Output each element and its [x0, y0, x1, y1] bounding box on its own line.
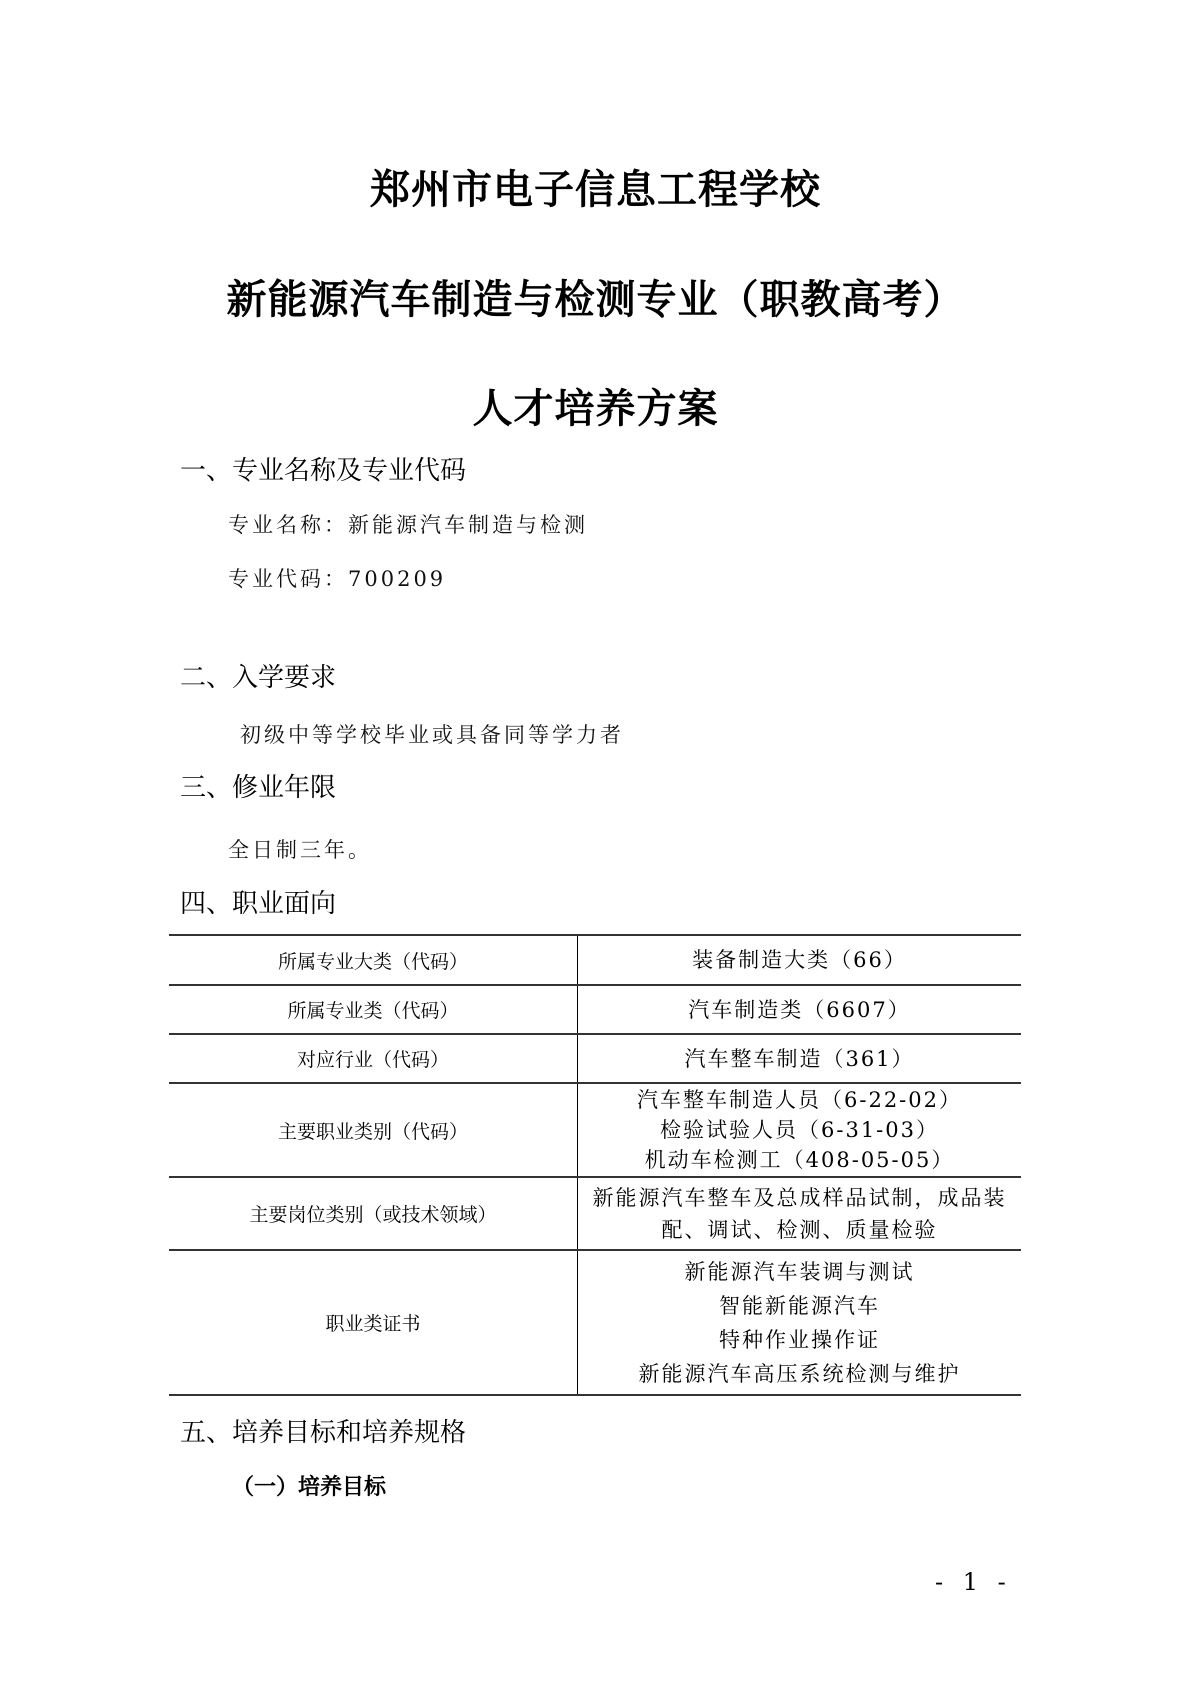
table-key-cell: 所属专业类（代码） [169, 985, 578, 1034]
table-row: 职业类证书 新能源汽车装调与测试 智能新能源汽车 特种作业操作证 新能源汽车高压… [169, 1250, 1021, 1395]
table-key-cell: 职业类证书 [169, 1250, 578, 1395]
table-key-cell: 所属专业大类（代码） [169, 935, 578, 985]
table-row: 所属专业类（代码） 汽车制造类（6607） [169, 985, 1021, 1034]
section-heading-major-name-code: 一、专业名称及专业代码 [180, 455, 466, 487]
table-value-cell: 汽车制造类（6607） [578, 985, 1022, 1034]
section-heading-career-orientation: 四、职业面向 [180, 888, 336, 920]
table-value-cell: 装备制造大类（66） [578, 935, 1022, 985]
career-orientation-table: 所属专业大类（代码） 装备制造大类（66） 所属专业类（代码） 汽车制造类（66… [169, 934, 1021, 1396]
table-key-cell: 对应行业（代码） [169, 1034, 578, 1083]
table-value-cell: 汽车整车制造（361） [578, 1034, 1022, 1083]
occupation-line: 检验试验人员（6-31-03） [584, 1115, 1015, 1145]
table-value-cell: 新能源汽车装调与测试 智能新能源汽车 特种作业操作证 新能源汽车高压系统检测与维… [578, 1250, 1022, 1395]
document-title-school: 郑州市电子信息工程学校 [0, 166, 1191, 214]
page-number: - 1 - [935, 1568, 1012, 1596]
document-title-plan: 人才培养方案 [0, 385, 1191, 433]
major-code-text: 专业代码：700209 [228, 566, 446, 592]
study-duration-text: 全日制三年。 [228, 837, 372, 863]
position-line: 配、调试、检测、质量检验 [584, 1214, 1015, 1246]
table-row: 所属专业大类（代码） 装备制造大类（66） [169, 935, 1021, 985]
subheading-training-goal: （一）培养目标 [232, 1474, 386, 1502]
document-title-major: 新能源汽车制造与检测专业（职教高考） [0, 276, 1191, 324]
section-heading-admission: 二、入学要求 [180, 662, 336, 694]
table-value-cell: 新能源汽车整车及总成样品试制，成品装 配、调试、检测、质量检验 [578, 1177, 1022, 1250]
table-row: 主要岗位类别（或技术领域） 新能源汽车整车及总成样品试制，成品装 配、调试、检测… [169, 1177, 1021, 1250]
table-key-cell: 主要职业类别（代码） [169, 1083, 578, 1177]
certificate-line: 新能源汽车高压系统检测与维护 [584, 1357, 1015, 1391]
table-key-cell: 主要岗位类别（或技术领域） [169, 1177, 578, 1250]
admission-requirement-text: 初级中等学校毕业或具备同等学力者 [240, 722, 624, 748]
occupation-line: 机动车检测工（408-05-05） [584, 1145, 1015, 1175]
major-name-text: 专业名称：新能源汽车制造与检测 [228, 512, 588, 538]
certificate-line: 智能新能源汽车 [584, 1289, 1015, 1323]
table-row: 主要职业类别（代码） 汽车整车制造人员（6-22-02） 检验试验人员（6-31… [169, 1083, 1021, 1177]
table-row: 对应行业（代码） 汽车整车制造（361） [169, 1034, 1021, 1083]
position-line: 新能源汽车整车及总成样品试制，成品装 [584, 1182, 1015, 1214]
certificate-line: 特种作业操作证 [584, 1323, 1015, 1357]
section-heading-study-duration: 三、修业年限 [180, 772, 336, 804]
certificate-line: 新能源汽车装调与测试 [584, 1255, 1015, 1289]
occupation-line: 汽车整车制造人员（6-22-02） [584, 1085, 1015, 1115]
table-value-cell: 汽车整车制造人员（6-22-02） 检验试验人员（6-31-03） 机动车检测工… [578, 1083, 1022, 1177]
section-heading-training-objectives: 五、培养目标和培养规格 [180, 1417, 466, 1449]
